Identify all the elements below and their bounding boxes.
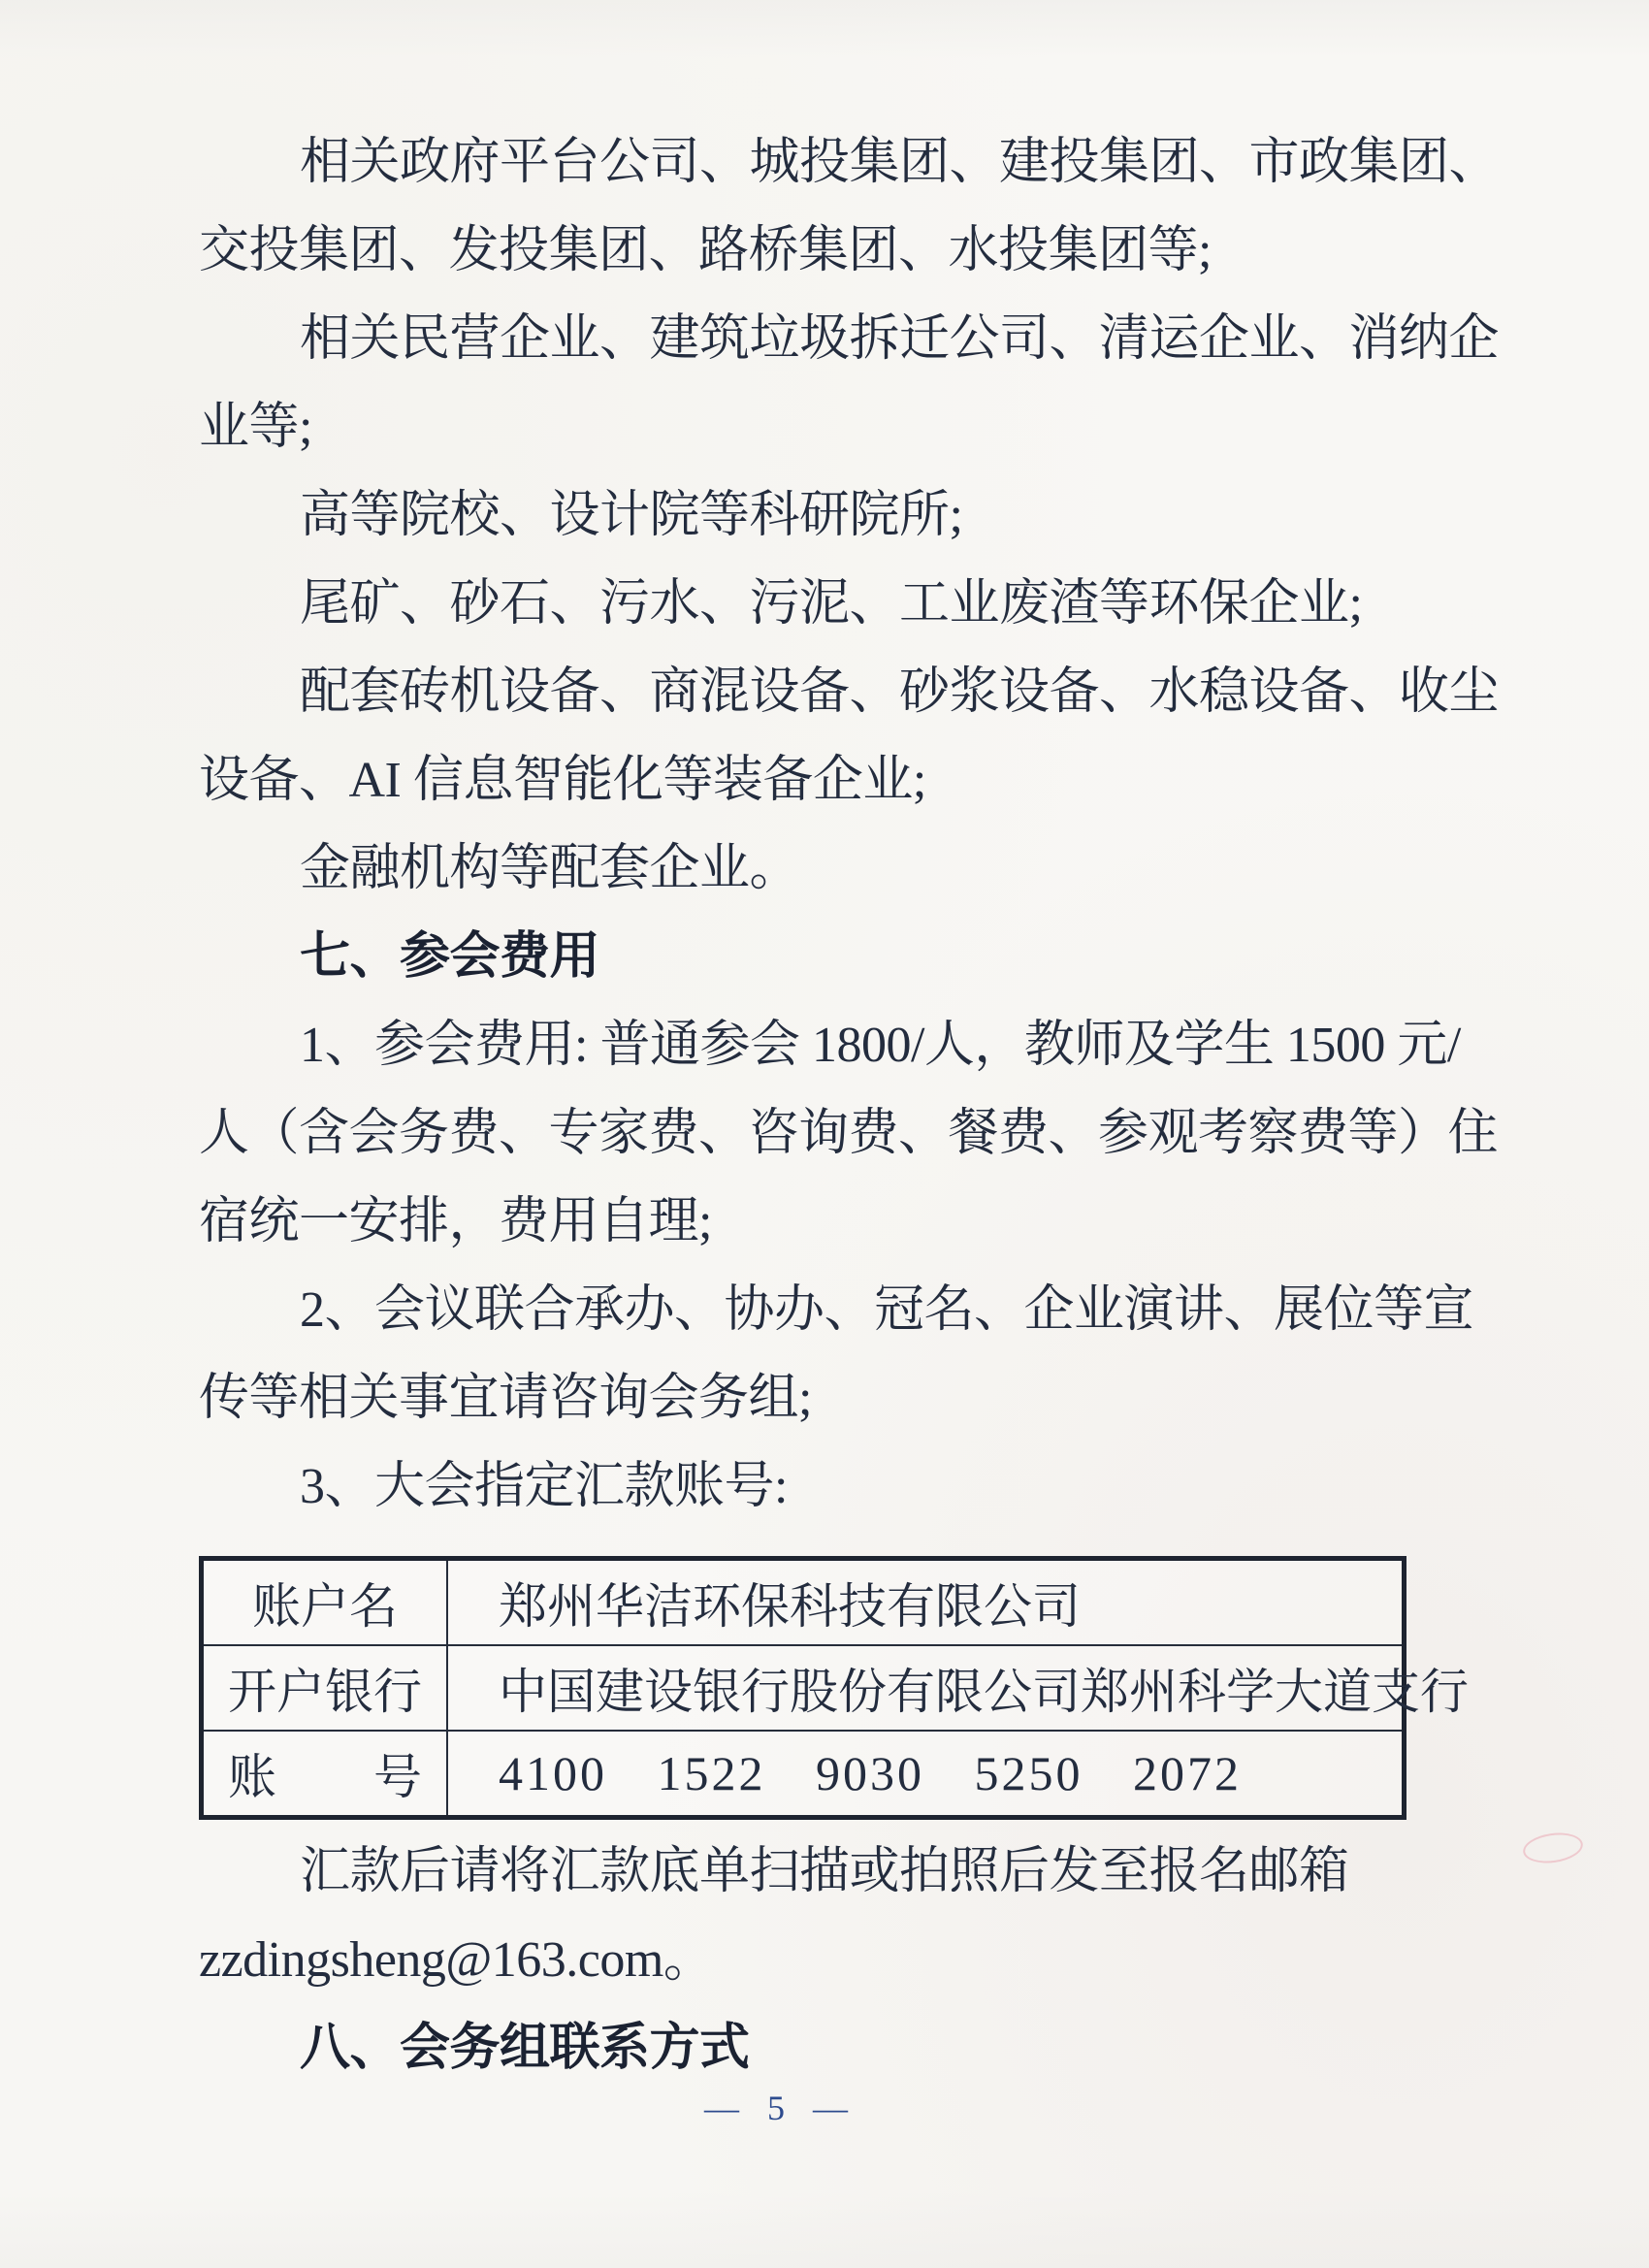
body-line: 2、会议联合承办、协办、冠名、企业演讲、展位等宣 — [199, 1266, 1421, 1354]
body-line: 1、参会费用: 普通参会 1800/人，教师及学生 1500 元/ — [199, 1001, 1421, 1089]
body-line: 宿统一安排，费用自理; — [199, 1178, 1421, 1266]
body-line: 金融机构等配套企业。 — [199, 825, 1421, 913]
account-name-value: 郑州华洁环保科技有限公司 — [447, 1559, 1405, 1646]
bank-account-table: 账户名 郑州华洁环保科技有限公司 开户银行 中国建设银行股份有限公司郑州科学大道… — [199, 1556, 1406, 1820]
registration-email: zzdingsheng@163.com。 — [199, 1916, 1421, 2004]
page-number: — 5 — — [0, 2088, 1562, 2128]
account-name-label: 账户名 — [202, 1559, 448, 1646]
document-body: 相关政府平台公司、城投集团、建投集团、市政集团、 交投集团、发投集团、路桥集团、… — [199, 118, 1421, 2092]
table-row: 账户名 郑州华洁环保科技有限公司 — [202, 1559, 1405, 1646]
section-heading-contact: 八、会务组联系方式 — [199, 2004, 1421, 2092]
account-number-label: 账 号 — [202, 1731, 448, 1818]
body-line: 传等相关事宜请咨询会务组; — [199, 1354, 1421, 1442]
body-line: 交投集团、发投集团、路桥集团、水投集团等; — [199, 207, 1421, 295]
body-line: 3、大会指定汇款账号: — [199, 1442, 1421, 1531]
scan-artifact-smudge — [1521, 1830, 1585, 1866]
body-line: 尾矿、砂石、污水、污泥、工业废渣等环保企业; — [199, 560, 1421, 648]
section-heading-fees: 七、参会费用 — [199, 913, 1421, 1001]
body-line: 相关民营企业、建筑垃圾拆迁公司、清运企业、消纳企 — [199, 295, 1421, 383]
body-line: 高等院校、设计院等科研院所; — [199, 471, 1421, 560]
scanned-document-page: 相关政府平台公司、城投集团、建投集团、市政集团、 交投集团、发投集团、路桥集团、… — [0, 0, 1649, 2268]
table-row: 账 号 4100 1522 9030 5250 2072 — [202, 1731, 1405, 1818]
body-line: 汇款后请将汇款底单扫描或拍照后发至报名邮箱 — [199, 1828, 1421, 1916]
bank-branch-value: 中国建设银行股份有限公司郑州科学大道支行 — [447, 1645, 1405, 1731]
body-line: 配套砖机设备、商混设备、砂浆设备、水稳设备、收尘 — [199, 648, 1421, 736]
body-line: 设备、AI 信息智能化等装备企业; — [199, 736, 1421, 825]
bank-branch-label: 开户银行 — [202, 1645, 448, 1731]
body-line: 人（含会务费、专家费、咨询费、餐费、参观考察费等）住 — [199, 1089, 1421, 1178]
body-line: 业等; — [199, 383, 1421, 471]
account-number-value: 4100 1522 9030 5250 2072 — [447, 1731, 1405, 1818]
body-line: 相关政府平台公司、城投集团、建投集团、市政集团、 — [199, 118, 1421, 207]
table-row: 开户银行 中国建设银行股份有限公司郑州科学大道支行 — [202, 1645, 1405, 1731]
